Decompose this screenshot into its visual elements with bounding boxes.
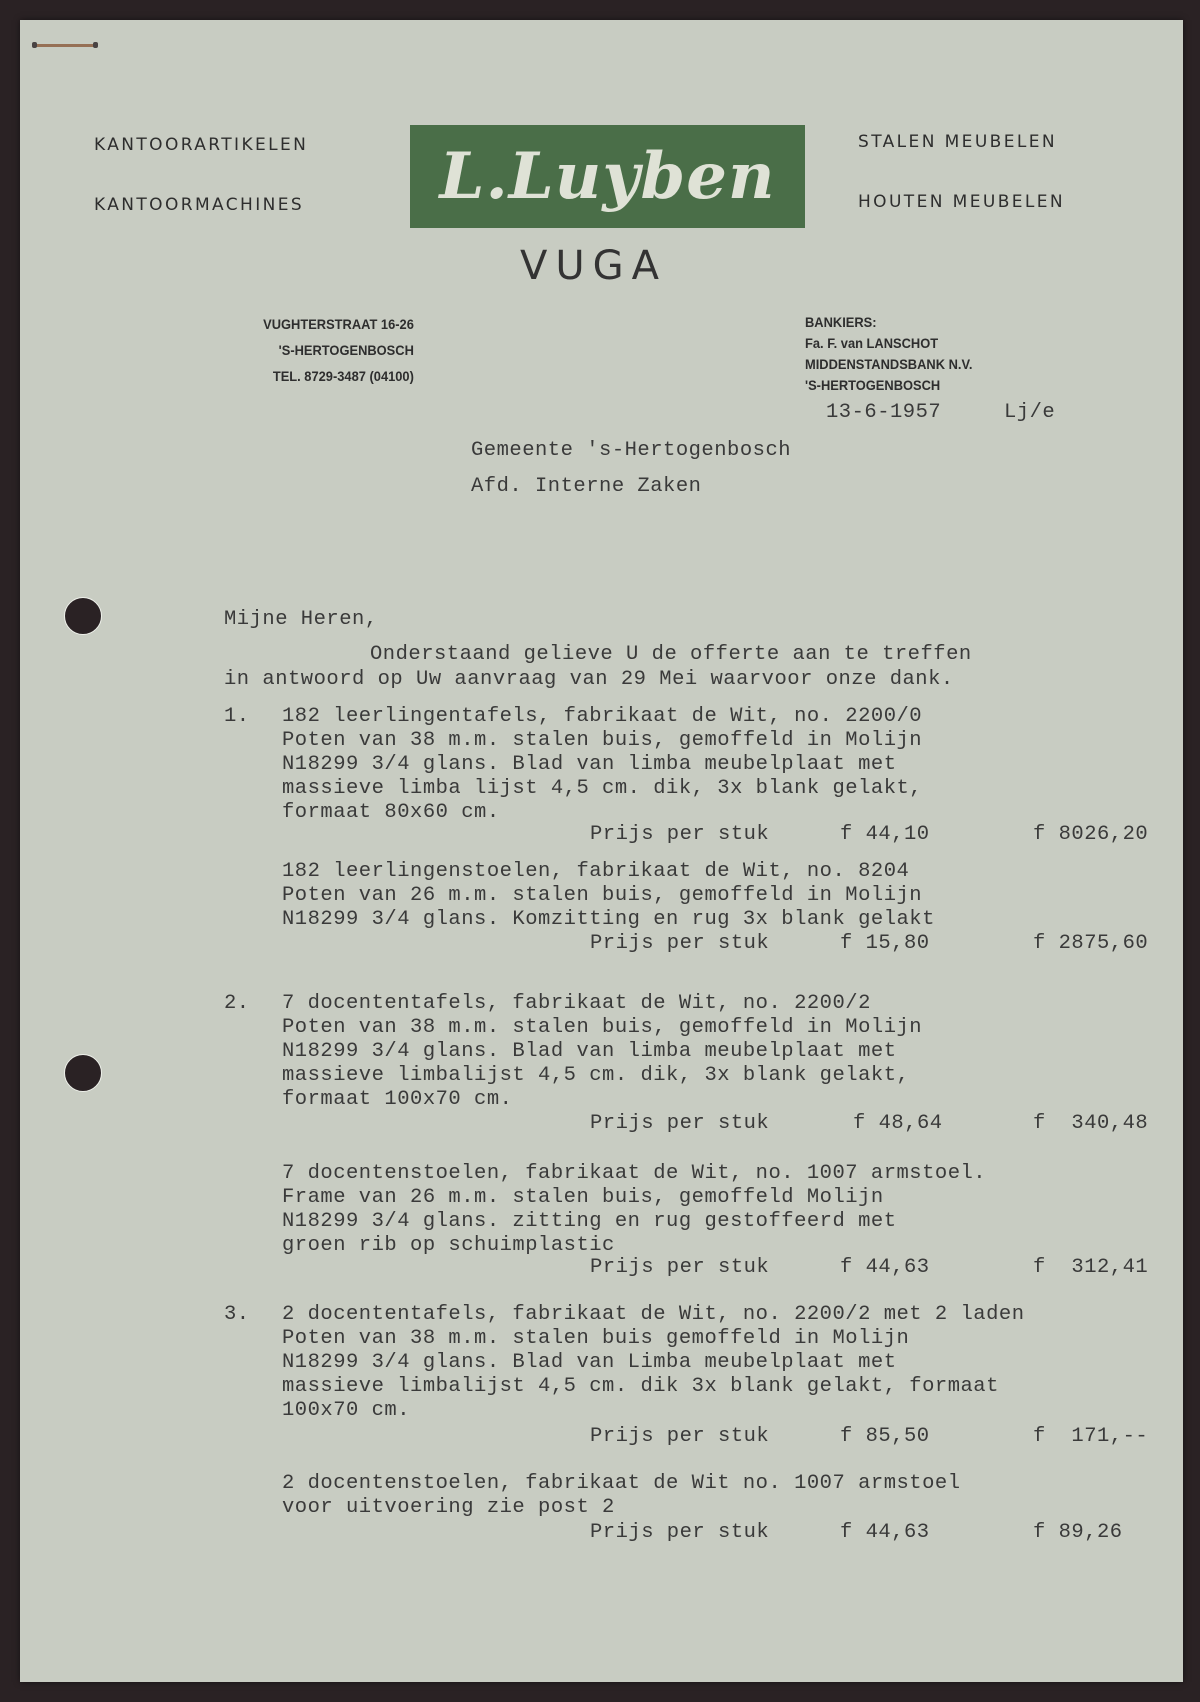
letter-date: 13-6-1957: [826, 401, 941, 425]
item-line: 2 docententafels, fabrikaat de Wit, no. …: [282, 1303, 1025, 1327]
unit-price: f 48,64: [853, 1112, 943, 1136]
punch-hole-top: [64, 597, 102, 635]
item-line: 100x70 cm.: [282, 1399, 410, 1423]
item-line: 7 docententafels, fabrikaat de Wit, no. …: [282, 992, 871, 1016]
line-total: f 340,48: [1033, 1112, 1148, 1136]
item-number: 3.: [224, 1303, 250, 1327]
line-total: f 8026,20: [1033, 823, 1148, 847]
brand-name: VUGA: [520, 243, 667, 289]
unit-price: f 44,10: [840, 823, 930, 847]
item-number: 1.: [224, 705, 250, 729]
letterhead-left-top: KANTOORARTIKELEN: [94, 135, 308, 155]
item-line: massieve limba lijst 4,5 cm. dik, 3x bla…: [282, 777, 922, 801]
unit-price: f 44,63: [840, 1521, 930, 1545]
item-line: groen rib op schuimplastic: [282, 1234, 615, 1258]
line-total: f 312,41: [1033, 1256, 1148, 1280]
item-line: N18299 3/4 glans. Blad van limba meubelp…: [282, 753, 897, 777]
item-line: N18299 3/4 glans. Blad van limba meubelp…: [282, 1040, 897, 1064]
bank-1: Fa. F. van LANSCHOT: [805, 333, 972, 354]
item-line: 182 leerlingenstoelen, fabrikaat de Wit,…: [282, 860, 909, 884]
recipient-line-1: Gemeente 's-Hertogenbosch: [471, 439, 791, 463]
item-line: N18299 3/4 glans. Blad van Limba meubelp…: [282, 1351, 897, 1375]
letterhead-right-top: STALEN MEUBELEN: [858, 132, 1057, 152]
bankers-block: BANKIERS: Fa. F. van LANSCHOT MIDDENSTAN…: [805, 312, 972, 396]
address-phone: TEL. 8729-3487 (04100): [263, 363, 414, 389]
punch-hole-bottom: [64, 1054, 102, 1092]
unit-price: f 15,80: [840, 932, 930, 956]
staple-mark: [34, 44, 96, 47]
price-label: Prijs per stuk: [590, 1425, 769, 1449]
price-label: Prijs per stuk: [590, 1256, 769, 1280]
item-line: Poten van 26 m.m. stalen buis, gemoffeld…: [282, 884, 922, 908]
bank-2: MIDDENSTANDSBANK N.V.: [805, 354, 972, 375]
item-line: N18299 3/4 glans. zitting en rug gestoff…: [282, 1210, 897, 1234]
price-label: Prijs per stuk: [590, 932, 769, 956]
item-line: 182 leerlingentafels, fabrikaat de Wit, …: [282, 705, 922, 729]
item-line: Frame van 26 m.m. stalen buis, gemoffeld…: [282, 1186, 884, 1210]
unit-price: f 85,50: [840, 1425, 930, 1449]
item-line: Poten van 38 m.m. stalen buis, gemoffeld…: [282, 1016, 922, 1040]
item-line: Poten van 38 m.m. stalen buis, gemoffeld…: [282, 729, 922, 753]
address-city: 'S-HERTOGENBOSCH: [263, 337, 414, 363]
letter-reference: Lj/e: [1004, 401, 1055, 425]
item-line: massieve limbalijst 4,5 cm. dik, 3x blan…: [282, 1064, 909, 1088]
price-label: Prijs per stuk: [590, 1112, 769, 1136]
item-line: N18299 3/4 glans. Komzitting en rug 3x b…: [282, 908, 935, 932]
line-total: f 171,--: [1033, 1425, 1148, 1449]
company-logo: L.Luyben: [410, 125, 805, 228]
bankers-label: BANKIERS:: [805, 312, 972, 333]
unit-price: f 44,63: [840, 1256, 930, 1280]
intro-line-1: Onderstaand gelieve U de offerte aan te …: [370, 643, 972, 667]
line-total: f 2875,60: [1033, 932, 1148, 956]
letterhead-left-bottom: KANTOORMACHINES: [94, 195, 304, 215]
salutation: Mijne Heren,: [224, 608, 378, 632]
item-line: Poten van 38 m.m. stalen buis gemoffeld …: [282, 1327, 909, 1351]
item-line: voor uitvoering zie post 2: [282, 1496, 615, 1520]
item-line: formaat 100x70 cm.: [282, 1088, 512, 1112]
address-street: VUGHTERSTRAAT 16-26: [263, 311, 414, 337]
bank-city: 'S-HERTOGENBOSCH: [805, 375, 972, 396]
item-line: massieve limbalijst 4,5 cm. dik 3x blank…: [282, 1375, 999, 1399]
item-line: formaat 80x60 cm.: [282, 801, 500, 825]
recipient-line-2: Afd. Interne Zaken: [471, 475, 701, 499]
price-label: Prijs per stuk: [590, 1521, 769, 1545]
company-address: VUGHTERSTRAAT 16-26 'S-HERTOGENBOSCH TEL…: [263, 311, 414, 389]
intro-line-2: in antwoord op Uw aanvraag van 29 Mei wa…: [224, 668, 954, 692]
item-line: 2 docentenstoelen, fabrikaat de Wit no. …: [282, 1472, 961, 1496]
line-total: f 89,26: [1033, 1521, 1123, 1545]
letterhead-right-bottom: HOUTEN MEUBELEN: [858, 192, 1065, 212]
item-line: 7 docentenstoelen, fabrikaat de Wit, no.…: [282, 1162, 986, 1186]
item-number: 2.: [224, 992, 250, 1016]
price-label: Prijs per stuk: [590, 823, 769, 847]
